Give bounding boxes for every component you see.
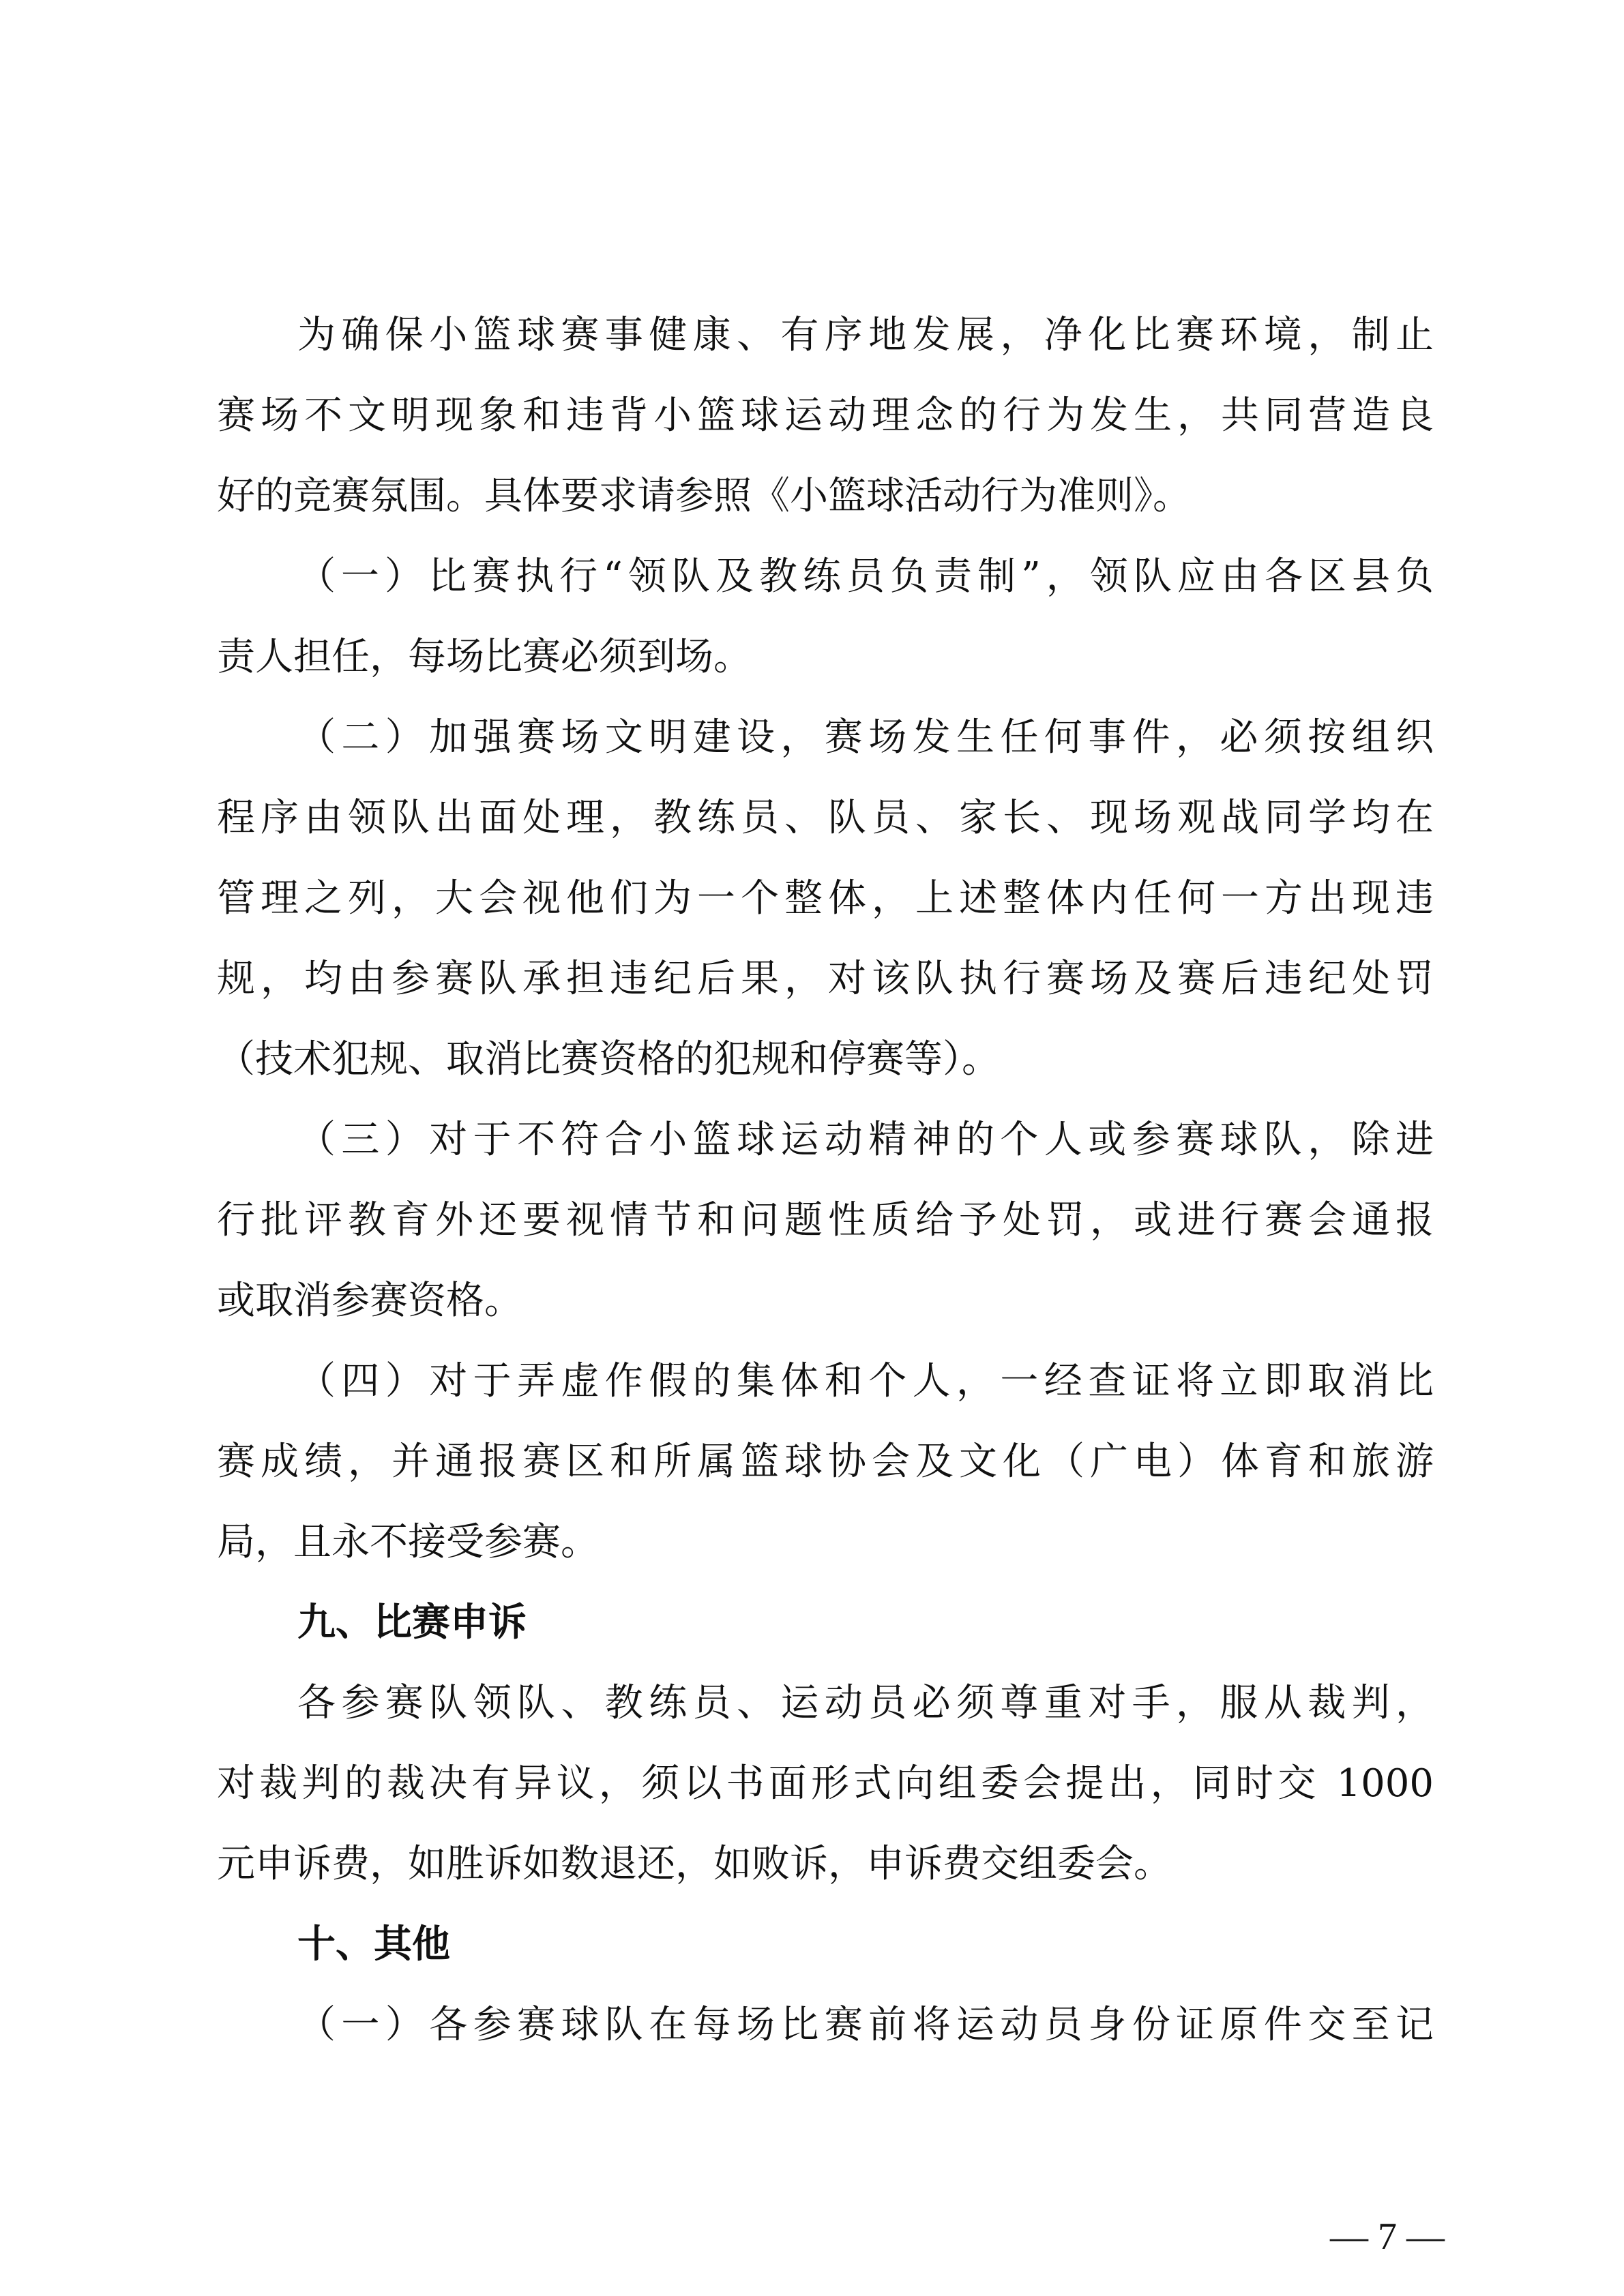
item-1-line-2: 责人担任，每场比赛必须到场。 [217, 630, 1434, 685]
item-2-line-3: 管理之列，大会视他们为一个整体，上述整体内任何一方出现违 [217, 871, 1434, 926]
item-4-line-3: 局，且永不接受参赛。 [217, 1515, 1434, 1570]
item-2-line-2: 程序由领队出面处理，教练员、队员、家长、现场观战同学均在 [217, 791, 1434, 846]
item-2-line-5: （技术犯规、取消比赛资格的犯规和停赛等）。 [217, 1032, 1434, 1087]
item-3-line-1: （三）对于不符合小篮球运动精神的个人或参赛球队，除进 [297, 1113, 1434, 1167]
item-1-line-1: （一）比赛执行“领队及教练员负责制”，领队应由各区县负 [297, 550, 1434, 604]
intro-paragraph-line-2: 赛场不文明现象和违背小篮球运动理念的行为发生，共同营造良 [217, 389, 1434, 443]
section-9-line-1: 各参赛队领队、教练员、运动员必须尊重对手，服从裁判， [297, 1676, 1434, 1731]
section-9-heading: 九、比赛申诉 [297, 1596, 527, 1650]
section-9-line-3: 元申诉费，如胜诉如数退还，如败诉，申诉费交组委会。 [217, 1837, 1434, 1892]
page-number: — 7 — [1330, 2209, 1445, 2264]
section-10-line-1: （一）各参赛球队在每场比赛前将运动员身份证原件交至记 [297, 1998, 1434, 2053]
intro-paragraph-line-3: 好的竞赛氛围。具体要求请参照《小篮球活动行为准则》。 [217, 469, 1434, 524]
item-2-line-4: 规，均由参赛队承担违纪后果，对该队执行赛场及赛后违纪处罚 [217, 952, 1434, 1007]
item-3-line-3: 或取消参赛资格。 [217, 1274, 1434, 1328]
item-2-line-1: （二）加强赛场文明建设，赛场发生任何事件，必须按组织 [297, 711, 1434, 765]
document-page: 为确保小篮球赛事健康、有序地发展，净化比赛环境，制止 赛场不文明现象和违背小篮球… [0, 0, 1624, 2296]
item-4-line-2: 赛成绩，并通报赛区和所属篮球协会及文化（广电）体育和旅游 [217, 1435, 1434, 1489]
item-4-line-1: （四）对于弄虚作假的集体和个人，一经查证将立即取消比 [297, 1354, 1434, 1409]
section-9-line-2: 对裁判的裁决有异议，须以书面形式向组委会提出，同时交 1000 [217, 1757, 1434, 1811]
item-3-line-2: 行批评教育外还要视情节和问题性质给予处罚，或进行赛会通报 [217, 1193, 1434, 1248]
section-10-heading: 十、其他 [297, 1918, 450, 1972]
intro-paragraph-line-1: 为确保小篮球赛事健康、有序地发展，净化比赛环境，制止 [297, 308, 1434, 363]
